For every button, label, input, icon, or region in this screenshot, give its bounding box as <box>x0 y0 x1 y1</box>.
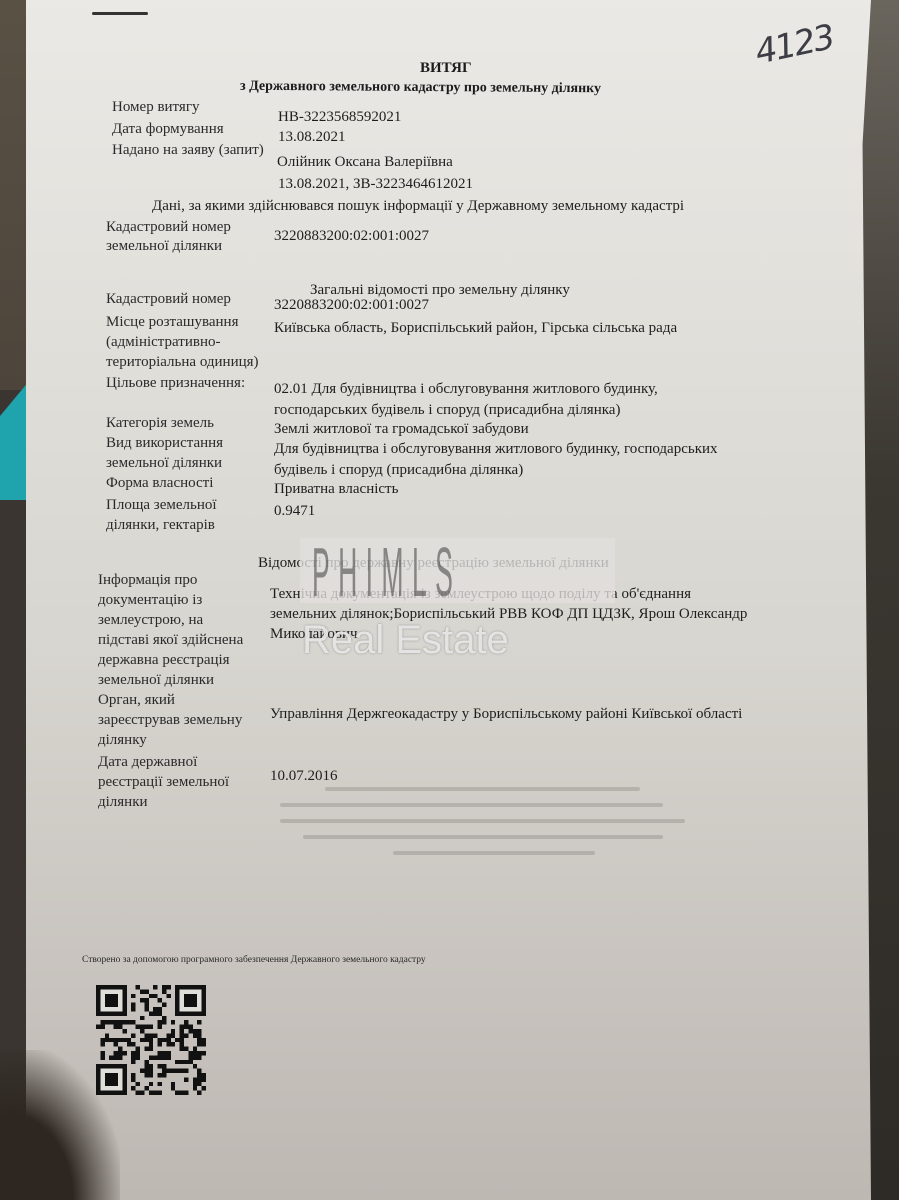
formation-date: 13.08.2021 <box>278 127 346 147</box>
bleed-through-text <box>280 775 730 875</box>
request-reference: 13.08.2021, ЗВ-3223464612021 <box>278 174 473 194</box>
registration-row-label: ділянку <box>98 730 147 750</box>
watermark: PHIMLS Real Estate <box>260 538 620 666</box>
formation-date-label: Дата формування <box>112 119 224 139</box>
watermark-text: Real Estate <box>302 618 509 663</box>
registration-row-label: Інформація про <box>98 570 197 590</box>
search-cadastral-label: Кадастровий номер <box>106 217 231 237</box>
registration-row-label: землеустрою, на <box>98 610 203 630</box>
general-row-label: Цільове призначення: <box>106 373 245 393</box>
document-subtitle: з Державного земельного кадастру про зем… <box>240 79 601 98</box>
registration-row-value: Управління Держгеокадастру у Бориспільсь… <box>270 704 742 724</box>
general-row-label: територіальна одиниця) <box>106 352 259 372</box>
general-row-value: Приватна власність <box>274 479 398 499</box>
general-row-value: 3220883200:02:001:0027 <box>274 295 429 315</box>
footer-note: Створено за допомогою програмного забезп… <box>82 955 426 965</box>
general-row-label: Категорія земель <box>106 413 214 433</box>
staple-mark <box>92 12 148 15</box>
general-row-label: Вид використання <box>106 433 223 453</box>
general-row-value: Для будівництва і обслуговування житлово… <box>274 439 718 459</box>
registration-row-label: ділянки <box>98 792 148 812</box>
registration-row-label: державна реєстрація <box>98 650 230 670</box>
registration-row-label: підставі якої здійснена <box>98 630 243 650</box>
search-cadastral-label-2: земельної ділянки <box>106 236 222 256</box>
registration-row-label: земельної ділянки <box>98 670 214 690</box>
general-row-label: (адміністративно- <box>106 332 221 352</box>
request-label: Надано на заяву (запит) <box>112 140 264 160</box>
general-row-label: Кадастровий номер <box>106 289 231 309</box>
general-row-label: ділянки, гектарів <box>106 515 215 535</box>
extract-number: НВ-3223568592021 <box>278 107 401 127</box>
document-title: ВИТЯГ <box>420 60 471 77</box>
general-row-value: Київська область, Бориспільський район, … <box>274 318 677 338</box>
general-row-label: земельної ділянки <box>106 453 222 473</box>
registration-row-label: Орган, який <box>98 690 175 710</box>
extract-number-label: Номер витягу <box>112 97 199 117</box>
general-row-label: Місце розташування <box>106 312 238 332</box>
general-row-value: Землі житлової та громадської забудови <box>274 419 529 439</box>
registration-row-value: 10.07.2016 <box>270 766 338 786</box>
general-row-label: Площа земельної <box>106 495 217 515</box>
registration-row-label: реєстрації земельної <box>98 772 229 792</box>
background-teal-object <box>0 380 30 500</box>
general-row-label: Форма власності <box>106 473 213 493</box>
registration-row-label: Дата державної <box>98 752 197 772</box>
general-row-value: господарських будівель і споруд (присади… <box>274 400 620 420</box>
general-row-value: 02.01 Для будівництва і обслуговування ж… <box>274 379 658 399</box>
watermark-logo: PHIMLS <box>312 532 461 612</box>
general-row-value: 0.9471 <box>274 501 315 521</box>
search-cadastral-number: 3220883200:02:001:0027 <box>274 226 429 246</box>
registration-row-label: зареєстрував земельну <box>98 710 242 730</box>
registration-row-label: документацію із <box>98 590 202 610</box>
general-row-value: будівель і споруд (присадибна ділянка) <box>274 460 523 480</box>
hand-shadow <box>0 1050 120 1200</box>
search-section-title: Дані, за якими здійснювався пошук інформ… <box>152 196 684 216</box>
requester-name: Олійник Оксана Валеріївна <box>277 152 453 172</box>
